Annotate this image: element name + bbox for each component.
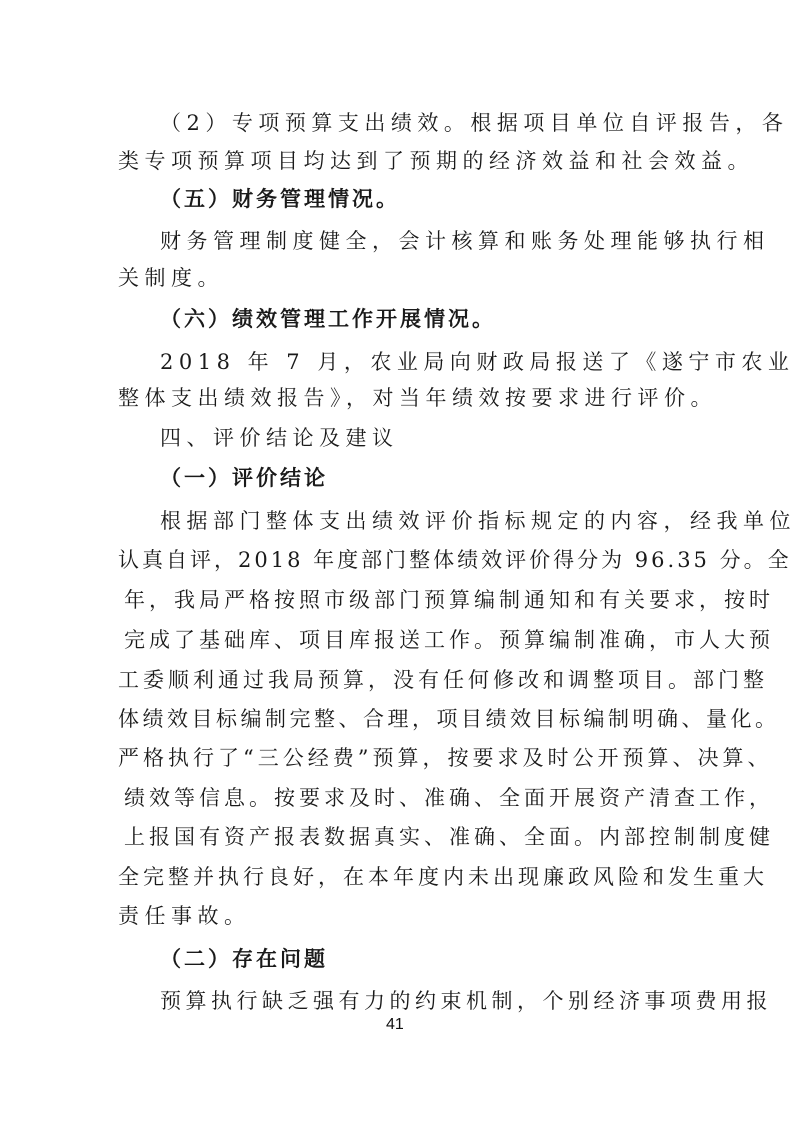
section-heading: （六）绩效管理工作开展情况。 [160, 306, 720, 332]
paragraph-line: 财务管理制度健全，会计核算和账务处理能够执行相 [160, 228, 720, 254]
paragraph-line: 严格执行了“三公经费”预算，按要求及时公开预算、决算、 [118, 745, 678, 771]
paragraph-line: 年，我局严格按照市级部门预算编制通知和有关要求，按时 [124, 587, 684, 613]
paragraph-line: 责任事故。 [118, 903, 678, 929]
paragraph-line: 绩效等信息。按要求及时、准确、全面开展资产清查工作， [124, 785, 684, 811]
paragraph-line: 全完整并执行良好，在本年度内未出现廉政风险和发生重大 [118, 864, 678, 890]
section-heading: （二）存在问题 [160, 946, 720, 972]
document-page: （2）专项预算支出绩效。根据项目单位自评报告，各 类专项预算项目均达到了预期的经… [0, 0, 793, 1122]
paragraph-line: 预算执行缺乏强有力的约束机制，个别经济事项费用报 [160, 988, 720, 1014]
paragraph-line: 体绩效目标编制完整、合理，项目绩效目标编制明确、量化。 [118, 706, 678, 732]
page-number: 41 [386, 1016, 404, 1034]
chapter-heading: 四、评价结论及建议 [160, 425, 720, 451]
paragraph-line: 2018 年 7 月，农业局向财政局报送了《遂宁市农业局 [160, 349, 720, 375]
paragraph-line: 认真自评，2018 年度部门整体绩效评价得分为 96.35 分。全 [118, 547, 678, 573]
section-heading: （一）评价结论 [160, 465, 720, 491]
paragraph-line: 类专项预算项目均达到了预期的经济效益和社会效益。 [118, 148, 678, 174]
paragraph-line: 关制度。 [118, 265, 678, 291]
paragraph-line: 整体支出绩效报告》，对当年绩效按要求进行评价。 [118, 385, 678, 411]
paragraph-line: 上报国有资产报表数据真实、准确、全面。内部控制制度健 [124, 824, 684, 850]
paragraph-line: 根据部门整体支出绩效评价指标规定的内容，经我单位 [160, 508, 720, 534]
section-heading: （五）财务管理情况。 [160, 186, 720, 212]
paragraph-line: （2）专项预算支出绩效。根据项目单位自评报告，各 [160, 110, 720, 136]
paragraph-line: 工委顺利通过我局预算，没有任何修改和调整项目。部门整 [118, 667, 678, 693]
paragraph-line: 完成了基础库、项目库报送工作。预算编制准确，市人大预 [124, 627, 684, 653]
